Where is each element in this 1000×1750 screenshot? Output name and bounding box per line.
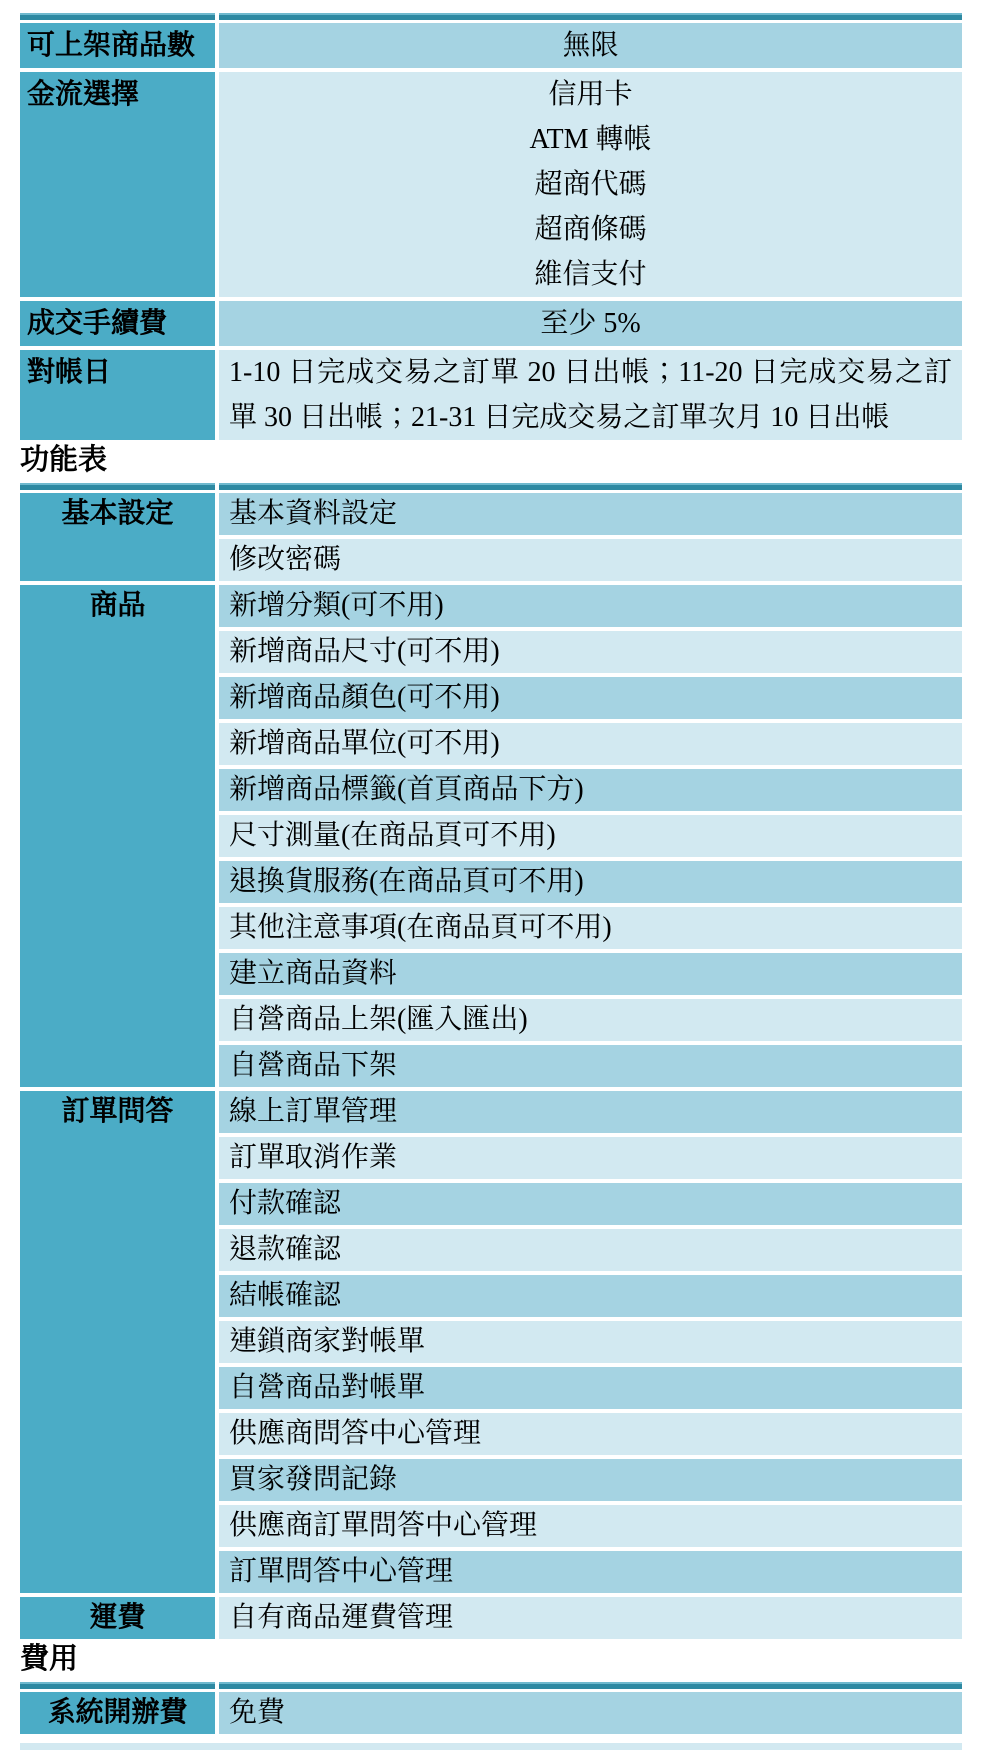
rule-segment-left (20, 483, 215, 490)
row-label-cell: 對帳日 (20, 350, 215, 440)
feature-item-cell: 退換貨服務(在商品頁可不用) (219, 861, 962, 903)
fee-label-cell: 系統開辦費 (20, 1692, 215, 1734)
payment-option: ATM 轉帳 (229, 117, 952, 162)
fees-table-top-rule (20, 1682, 962, 1689)
plan-info-section: 可上架商品數無限金流選擇信用卡ATM 轉帳超商代碼超商條碼維信支付成交手續費至少… (20, 13, 962, 440)
feature-item-cell: 自營商品對帳單 (219, 1367, 962, 1409)
row-value-text: 至少 5% (229, 301, 952, 346)
group-label-cell: 商品 (20, 585, 215, 1087)
feature-item-cell: 連鎖商家對帳單 (219, 1321, 962, 1363)
feature-item-cell: 付款確認 (219, 1183, 962, 1225)
plan-table-top-rule (20, 13, 962, 20)
group-label-cell: 訂單問答 (20, 1091, 215, 1593)
feature-item-cell: 新增商品顏色(可不用) (219, 677, 962, 719)
feature-item-cell: 自營商品下架 (219, 1045, 962, 1087)
features-table: 基本設定基本資料設定修改密碼商品新增分類(可不用)新增商品尺寸(可不用)新增商品… (20, 493, 962, 1639)
feature-item-cell: 買家發問記錄 (219, 1459, 962, 1501)
payment-option: 信用卡 (229, 72, 952, 117)
feature-item-cell: 其他注意事項(在商品頁可不用) (219, 907, 962, 949)
feature-item-cell: 供應商問答中心管理 (219, 1413, 962, 1455)
features-table-top-rule (20, 483, 962, 490)
feature-item-cell: 建立商品資料 (219, 953, 962, 995)
rule-segment-left (20, 13, 215, 20)
row-label-cell: 可上架商品數 (20, 23, 215, 68)
features-heading: 功能表 (20, 443, 962, 477)
feature-item-cell: 退款確認 (219, 1229, 962, 1271)
feature-item-cell: 結帳確認 (219, 1275, 962, 1317)
group-label-cell: 基本設定 (20, 493, 215, 581)
payment-option: 超商代碼 (229, 162, 952, 207)
rule-segment-right (219, 13, 962, 20)
feature-item-cell: 新增商品單位(可不用) (219, 723, 962, 765)
feature-item-cell: 自有商品運費管理 (219, 1597, 962, 1639)
feature-item-cell: 新增分類(可不用) (219, 585, 962, 627)
row-value-text: 無限 (229, 23, 952, 68)
row-value-cell: 至少 5% (219, 301, 962, 346)
group-label-cell: 運費 (20, 1597, 215, 1639)
payment-option: 維信支付 (229, 252, 952, 297)
feature-item-cell: 訂單問答中心管理 (219, 1551, 962, 1593)
feature-item-cell: 基本資料設定 (219, 493, 962, 535)
row-label-cell: 成交手續費 (20, 301, 215, 346)
row-label-cell: 金流選擇 (20, 72, 215, 297)
feature-item-cell: 供應商訂單問答中心管理 (219, 1505, 962, 1547)
fees-heading: 費用 (20, 1642, 962, 1676)
feature-item-cell: 新增商品尺寸(可不用) (219, 631, 962, 673)
next-row-cutoff-sliver (20, 1743, 962, 1750)
fee-value-cell: 免費 (219, 1692, 962, 1734)
rule-segment-right (219, 483, 962, 490)
fees-section: 系統開辦費免費 (20, 1682, 962, 1734)
plan-table: 可上架商品數無限金流選擇信用卡ATM 轉帳超商代碼超商條碼維信支付成交手續費至少… (20, 23, 962, 440)
feature-item-cell: 自營商品上架(匯入匯出) (219, 999, 962, 1041)
feature-item-cell: 訂單取消作業 (219, 1137, 962, 1179)
rule-segment-right (219, 1682, 962, 1689)
fees-table: 系統開辦費免費 (20, 1692, 962, 1734)
rule-segment-left (20, 1682, 215, 1689)
features-section: 基本設定基本資料設定修改密碼商品新增分類(可不用)新增商品尺寸(可不用)新增商品… (20, 483, 962, 1639)
feature-item-cell: 線上訂單管理 (219, 1091, 962, 1133)
feature-item-cell: 新增商品標籤(首頁商品下方) (219, 769, 962, 811)
row-value-cell: 信用卡ATM 轉帳超商代碼超商條碼維信支付 (219, 72, 962, 297)
feature-item-cell: 修改密碼 (219, 539, 962, 581)
row-value-cell: 無限 (219, 23, 962, 68)
row-value-cell: 1-10 日完成交易之訂單 20 日出帳；11-20 日完成交易之訂單 30 日… (219, 350, 962, 440)
row-value-text: 1-10 日完成交易之訂單 20 日出帳；11-20 日完成交易之訂單 30 日… (229, 350, 952, 440)
payment-option: 超商條碼 (229, 207, 952, 252)
feature-item-cell: 尺寸測量(在商品頁可不用) (219, 815, 962, 857)
document-page: 可上架商品數無限金流選擇信用卡ATM 轉帳超商代碼超商條碼維信支付成交手續費至少… (0, 0, 1000, 1750)
